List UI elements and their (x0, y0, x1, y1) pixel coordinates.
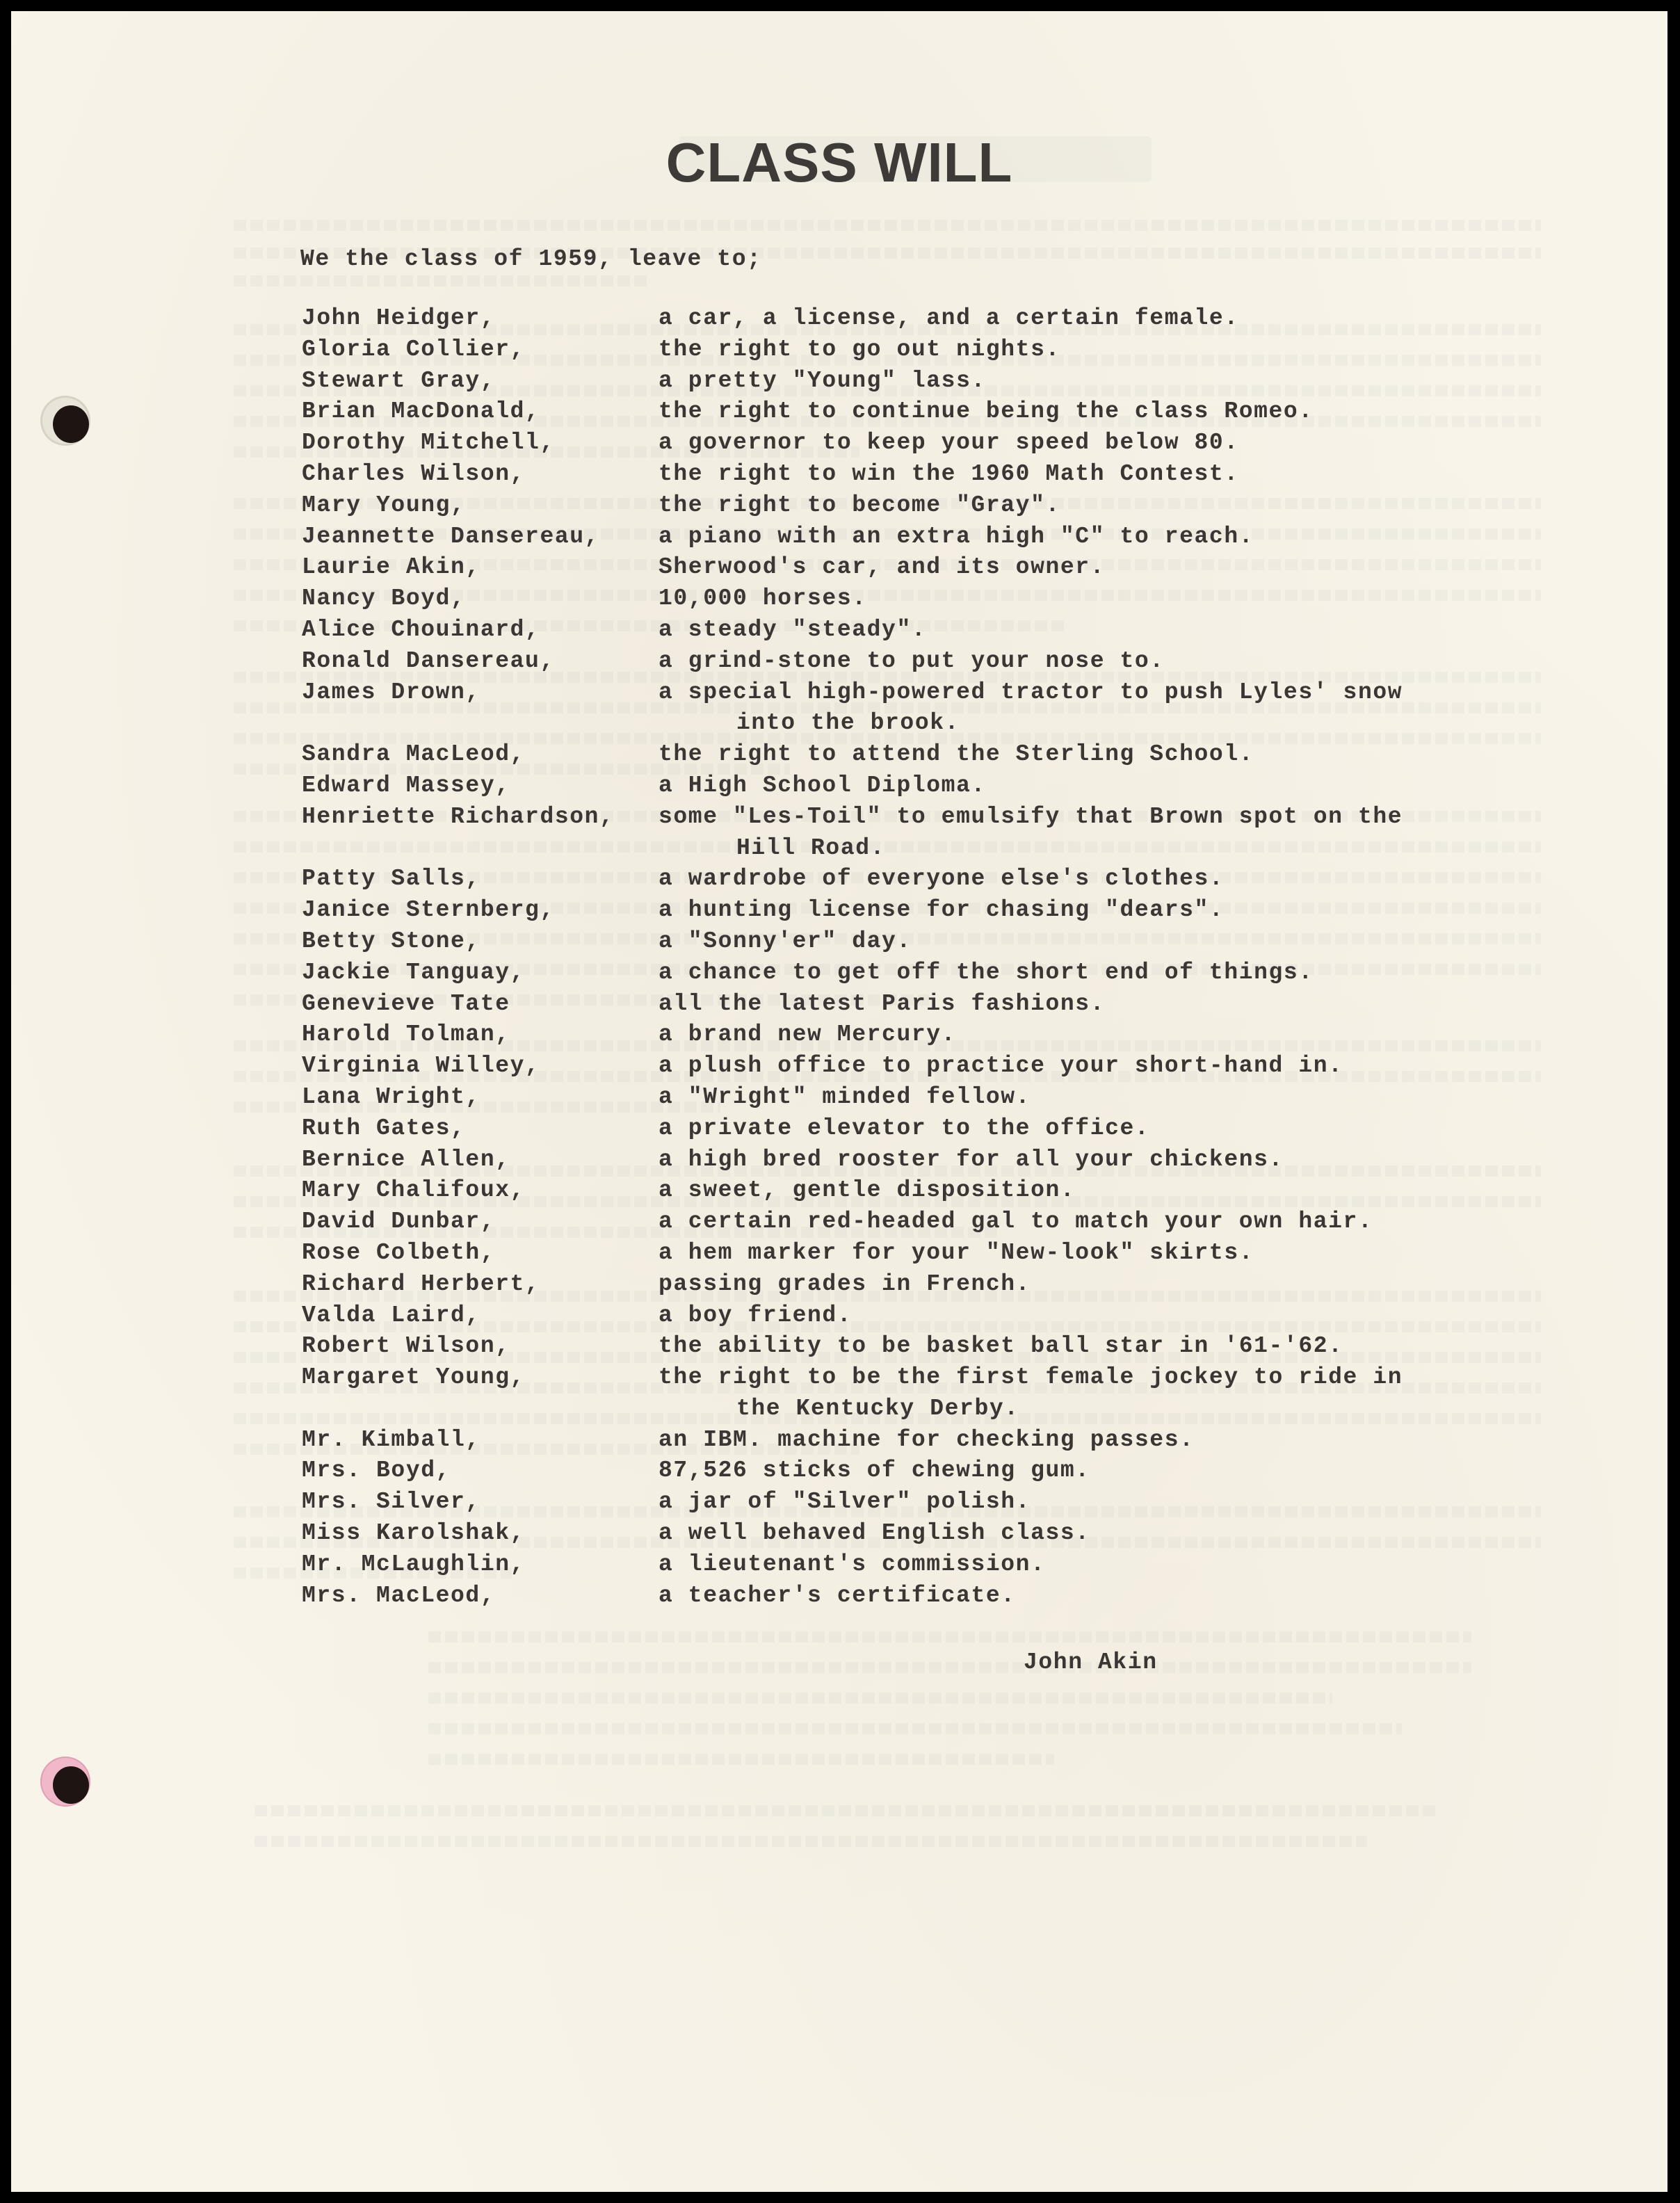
bequest-text: a "Sonny'er" day. (659, 926, 1526, 958)
recipient-name: Betty Stone, (302, 926, 659, 958)
bequest-text-continued: the Kentucky Derby. (659, 1394, 1526, 1425)
recipient-name: Virginia Willey, (302, 1051, 659, 1082)
bequest-row: Charles Wilson,the right to win the 1960… (302, 459, 1526, 490)
bequest-text: a piano with an extra high "C" to reach. (659, 522, 1526, 553)
bequest-text: a brand new Mercury. (659, 1019, 1526, 1051)
bequest-text: a grind-stone to put your nose to. (659, 646, 1526, 677)
recipient-name: Lana Wright, (302, 1082, 659, 1113)
bequest-text: a teacher's certificate. (659, 1581, 1526, 1612)
bequest-row: Margaret Young,the right to be the first… (302, 1362, 1526, 1394)
recipient-name: Jackie Tanguay, (302, 958, 659, 989)
bequest-row: James Drown,a special high-powered tract… (302, 677, 1526, 709)
recipient-name: James Drown, (302, 677, 659, 709)
recipient-name: Mary Chalifoux, (302, 1175, 659, 1207)
recipient-name: Miss Karolshak, (302, 1518, 659, 1549)
recipient-name: Rose Colbeth, (302, 1238, 659, 1269)
bequest-text-continued: into the brook. (659, 708, 1526, 739)
bequest-row: Valda Laird,a boy friend. (302, 1300, 1526, 1332)
bequest-row: Edward Massey,a High School Diploma. (302, 770, 1526, 802)
recipient-name: Mrs. Boyd, (302, 1455, 659, 1487)
recipient-name: Genevieve Tate (302, 989, 659, 1020)
bequest-text: Sherwood's car, and its owner. (659, 552, 1526, 583)
bequest-text: the right to attend the Sterling School. (659, 739, 1526, 770)
bequest-row: Janice Sternberg,a hunting license for c… (302, 895, 1526, 926)
bequest-row: Mrs. Silver,a jar of "Silver" polish. (302, 1487, 1526, 1518)
recipient-name: Mr. Kimball, (302, 1425, 659, 1456)
bequest-row: Brian MacDonald,the right to continue be… (302, 396, 1526, 428)
recipient-name: Valda Laird, (302, 1300, 659, 1332)
punch-hole-icon (40, 396, 90, 446)
recipient-name: Mrs. Silver, (302, 1487, 659, 1518)
bequest-text: a boy friend. (659, 1300, 1526, 1332)
recipient-name: Sandra MacLeod, (302, 739, 659, 770)
bequest-text: a special high-powered tractor to push L… (659, 677, 1526, 709)
bleed-through-line (255, 1836, 1367, 1847)
bequest-text: a High School Diploma. (659, 770, 1526, 802)
recipient-name: Alice Chouinard, (302, 615, 659, 646)
recipient-name: Margaret Young, (302, 1362, 659, 1394)
recipient-name: Robert Wilson, (302, 1331, 659, 1362)
bequest-text: some "Les-Toil" to emulsify that Brown s… (659, 802, 1526, 833)
bequest-row: Patty Salls,a wardrobe of everyone else'… (302, 864, 1526, 895)
bequest-row: Richard Herbert,passing grades in French… (302, 1269, 1526, 1300)
bequest-row: Bernice Allen,a high bred rooster for al… (302, 1145, 1526, 1176)
bleed-through-line (255, 1805, 1437, 1816)
recipient-name: David Dunbar, (302, 1207, 659, 1238)
bequest-row: John Heidger,a car, a license, and a cer… (302, 303, 1526, 334)
recipient-name: Harold Tolman, (302, 1019, 659, 1051)
bequest-row: Virginia Willey,a plush office to practi… (302, 1051, 1526, 1082)
bequest-text: the right to win the 1960 Math Contest. (659, 459, 1526, 490)
bequest-row: Betty Stone,a "Sonny'er" day. (302, 926, 1526, 958)
bequest-row-continuation: the Kentucky Derby. (302, 1394, 1526, 1425)
recipient-name: Brian MacDonald, (302, 396, 659, 428)
recipient-name: Laurie Akin, (302, 552, 659, 583)
bequest-row: Ronald Dansereau,a grind-stone to put yo… (302, 646, 1526, 677)
bleed-through-line (428, 1754, 1054, 1765)
recipient-name: Nancy Boyd, (302, 583, 659, 615)
recipient-name: Janice Sternberg, (302, 895, 659, 926)
bequest-row: Mrs. MacLeod,a teacher's certificate. (302, 1581, 1526, 1612)
bequest-text: a wardrobe of everyone else's clothes. (659, 864, 1526, 895)
recipient-name: Stewart Gray, (302, 366, 659, 397)
bleed-through-line (428, 1631, 1471, 1643)
signature: John Akin (1024, 1649, 1158, 1675)
bequest-row: Mary Chalifoux,a sweet, gentle dispositi… (302, 1175, 1526, 1207)
bequest-row: Laurie Akin,Sherwood's car, and its owne… (302, 552, 1526, 583)
bequest-text: a lieutenant's commission. (659, 1549, 1526, 1581)
bequest-text: a pretty "Young" lass. (659, 366, 1526, 397)
bequest-text: the right to continue being the class Ro… (659, 396, 1526, 428)
bequest-row: Mr. Kimball,an IBM. machine for checking… (302, 1425, 1526, 1456)
recipient-name: Charles Wilson, (302, 459, 659, 490)
bequest-row: Jackie Tanguay,a chance to get off the s… (302, 958, 1526, 989)
bequest-row: Ruth Gates,a private elevator to the off… (302, 1113, 1526, 1145)
bequest-text: a hunting license for chasing "dears". (659, 895, 1526, 926)
recipient-name: Gloria Collier, (302, 334, 659, 366)
bequest-row: Rose Colbeth,a hem marker for your "New-… (302, 1238, 1526, 1269)
recipient-name: Henriette Richardson, (302, 802, 659, 833)
recipient-name: Mary Young, (302, 490, 659, 522)
recipient-name: Mrs. MacLeod, (302, 1581, 659, 1612)
bequest-text-continued: Hill Road. (659, 833, 1526, 864)
indent-spacer (302, 833, 659, 864)
bequest-text: passing grades in French. (659, 1269, 1526, 1300)
bleed-through-line (428, 1662, 1471, 1673)
indent-spacer (302, 708, 659, 739)
bequest-row-continuation: Hill Road. (302, 833, 1526, 864)
bequest-row: Harold Tolman,a brand new Mercury. (302, 1019, 1526, 1051)
bequest-text: a sweet, gentle disposition. (659, 1175, 1526, 1207)
bequest-text: the ability to be basket ball star in '6… (659, 1331, 1526, 1362)
bequest-text: a certain red-headed gal to match your o… (659, 1207, 1526, 1238)
bleed-through-line (428, 1693, 1332, 1704)
bequest-text: the right to be the first female jockey … (659, 1362, 1526, 1394)
recipient-name: Edward Massey, (302, 770, 659, 802)
recipient-name: Bernice Allen, (302, 1145, 659, 1176)
bequest-row: Robert Wilson,the ability to be basket b… (302, 1331, 1526, 1362)
bequest-row: Miss Karolshak,a well behaved English cl… (302, 1518, 1526, 1549)
bleed-through-line (234, 220, 1541, 231)
recipient-name: Richard Herbert, (302, 1269, 659, 1300)
bequest-text: a governor to keep your speed below 80. (659, 428, 1526, 459)
recipient-name: John Heidger, (302, 303, 659, 334)
bequest-text: a plush office to practice your short-ha… (659, 1051, 1526, 1082)
recipient-name: Dorothy Mitchell, (302, 428, 659, 459)
bequest-text: a well behaved English class. (659, 1518, 1526, 1549)
bequest-text: a high bred rooster for all your chicken… (659, 1145, 1526, 1176)
recipient-name: Ruth Gates, (302, 1113, 659, 1145)
bequest-text: a steady "steady". (659, 615, 1526, 646)
bequest-row: Lana Wright,a "Wright" minded fellow. (302, 1082, 1526, 1113)
bequest-row: Dorothy Mitchell,a governor to keep your… (302, 428, 1526, 459)
bequest-text: a chance to get off the short end of thi… (659, 958, 1526, 989)
bequest-row: Stewart Gray,a pretty "Young" lass. (302, 366, 1526, 397)
bequest-row: Mr. McLaughlin,a lieutenant's commission… (302, 1549, 1526, 1581)
bequest-row: David Dunbar,a certain red-headed gal to… (302, 1207, 1526, 1238)
punch-hole-icon (40, 1757, 90, 1807)
bequest-text: a hem marker for your "New-look" skirts. (659, 1238, 1526, 1269)
bequest-text: all the latest Paris fashions. (659, 989, 1526, 1020)
bequest-text: 87,526 sticks of chewing gum. (659, 1455, 1526, 1487)
bequest-row: Mary Young,the right to become "Gray". (302, 490, 1526, 522)
recipient-name: Patty Salls, (302, 864, 659, 895)
bequest-list: John Heidger,a car, a license, and a cer… (302, 303, 1526, 1611)
bequest-row: Jeannette Dansereau,a piano with an extr… (302, 522, 1526, 553)
bleed-through-line (234, 275, 651, 287)
bequest-row: Alice Chouinard,a steady "steady". (302, 615, 1526, 646)
bequest-text: the right to go out nights. (659, 334, 1526, 366)
bequest-text: a private elevator to the office. (659, 1113, 1526, 1145)
bequest-row: Henriette Richardson,some "Les-Toil" to … (302, 802, 1526, 833)
page-title: CLASS WILL (11, 131, 1667, 195)
recipient-name: Ronald Dansereau, (302, 646, 659, 677)
bequest-text: a "Wright" minded fellow. (659, 1082, 1526, 1113)
bequest-text: the right to become "Gray". (659, 490, 1526, 522)
indent-spacer (302, 1394, 659, 1425)
document-page: CLASS WILL We the class of 1959, leave t… (11, 11, 1667, 2192)
bequest-row: Mrs. Boyd,87,526 sticks of chewing gum. (302, 1455, 1526, 1487)
bleed-through-line (428, 1723, 1402, 1734)
bequest-row: Nancy Boyd,10,000 horses. (302, 583, 1526, 615)
bequest-text: a car, a license, and a certain female. (659, 303, 1526, 334)
bequest-row: Sandra MacLeod,the right to attend the S… (302, 739, 1526, 770)
bequest-text: a jar of "Silver" polish. (659, 1487, 1526, 1518)
bequest-row: Gloria Collier,the right to go out night… (302, 334, 1526, 366)
bequest-row: Genevieve Tateall the latest Paris fashi… (302, 989, 1526, 1020)
recipient-name: Jeannette Dansereau, (302, 522, 659, 553)
bequest-row-continuation: into the brook. (302, 708, 1526, 739)
intro-line: We the class of 1959, leave to; (300, 246, 762, 272)
recipient-name: Mr. McLaughlin, (302, 1549, 659, 1581)
bequest-text: 10,000 horses. (659, 583, 1526, 615)
bequest-text: an IBM. machine for checking passes. (659, 1425, 1526, 1456)
